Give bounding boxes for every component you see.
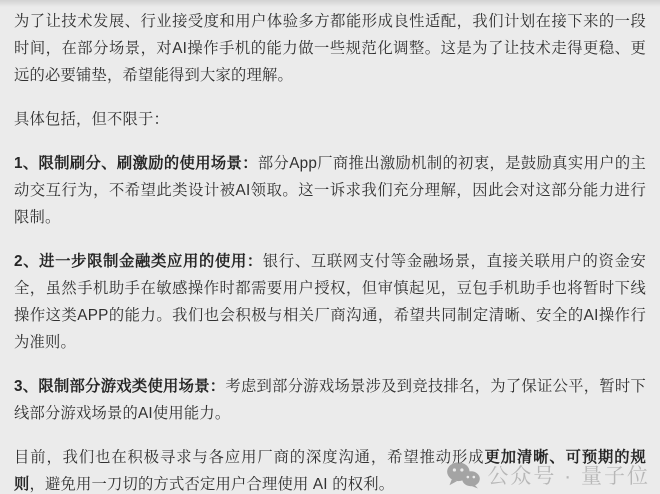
- closing-after-bold: ，避免用一刀切的方式否定用户合理使用 AI 的权利。: [30, 476, 395, 493]
- restriction-item-2: 2、进一步限制金融类应用的使用：银行、互联网支付等金融场景，直接关联用户的资金安…: [14, 248, 646, 356]
- restriction-item-1-heading: 1、限制刷分、刷激励的使用场景：: [14, 155, 258, 172]
- restriction-item-3-heading: 3、限制部分游戏类使用场景：: [14, 378, 225, 395]
- closing-before-bold: 目前，我们也在积极寻求与各应用厂商的深度沟通，希望推动形成: [14, 449, 484, 466]
- restriction-item-3: 3、限制部分游戏类使用场景：考虑到部分游戏场景涉及到竞技排名，为了保证公平，暂时…: [14, 373, 646, 427]
- intro-paragraph: 为了让技术发展、行业接受度和用户体验多方都能形成良性适配，我们计划在接下来的一段…: [14, 8, 646, 89]
- closing-paragraph: 目前，我们也在积极寻求与各应用厂商的深度沟通，希望推动形成更加清晰、可预期的规则…: [14, 444, 646, 494]
- restriction-item-2-heading: 2、进一步限制金融类应用的使用：: [14, 253, 263, 270]
- list-intro: 具体包括，但不限于：: [14, 106, 646, 133]
- article-content: 为了让技术发展、行业接受度和用户体验多方都能形成良性适配，我们计划在接下来的一段…: [0, 0, 660, 494]
- restriction-item-1: 1、限制刷分、刷激励的使用场景：部分App厂商推出激励机制的初衷，是鼓励真实用户…: [14, 150, 646, 231]
